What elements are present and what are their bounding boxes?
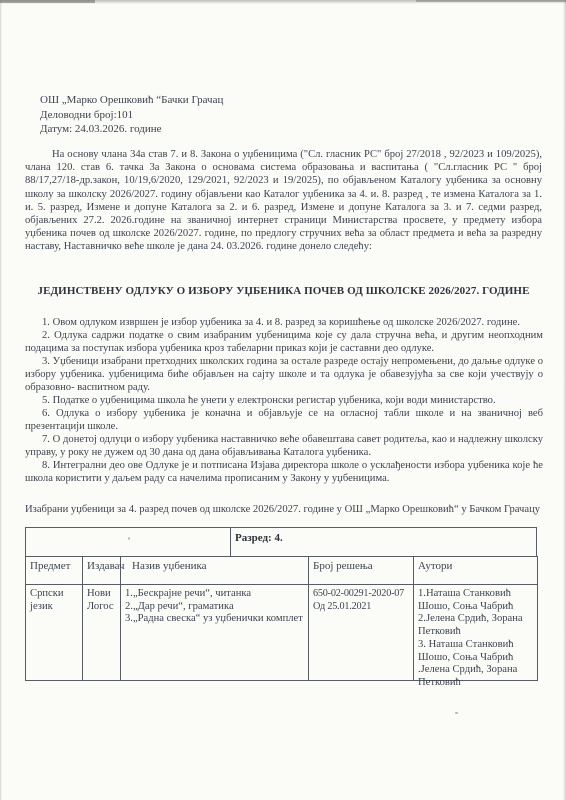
cell-textbook-titles: 1.„Бескрајне речи“, читанка 2.„Дар речи“… [121, 585, 309, 681]
scan-artifact-left-edge [0, 0, 2, 800]
column-header-title: Назив уџбеника [121, 557, 309, 585]
decision-number-text: 650-02-00291-2020-07 Од 25.01.2021 [313, 588, 410, 678]
textbooks-table-grid: Предмет Издавач Назив уџбеника Број реше… [25, 556, 538, 681]
document-date: Датум: 24.03.2026. године [40, 122, 223, 137]
decision-items-list: 1. Овом одлуком извршен је избор уџбеник… [25, 316, 543, 485]
legal-basis-paragraph: На основу члана 34а став 7. и 8. Закона … [25, 148, 542, 254]
grade-header-row: Разред: 4. [25, 527, 537, 556]
registry-number: Деловодни број:101 [40, 108, 223, 123]
decision-item-7: 7. О донетој одлуци о избору уџбеника на… [25, 433, 543, 459]
decision-item-3: 3. Уџбеници изабрани претходних школских… [25, 355, 543, 394]
table-row: Српски језик Нови Логос 1.„Бескрајне реч… [26, 585, 538, 681]
scan-artifact-speck [455, 712, 458, 714]
scanned-document-page: ОШ „Марко Орешковић “Бачки Грачац Делово… [0, 0, 566, 800]
textbook-titles-text: 1.„Бескрајне речи“, читанка 2.„Дар речи“… [125, 588, 305, 678]
document-header: ОШ „Марко Орешковић “Бачки Грачац Делово… [40, 93, 223, 137]
textbooks-table: Разред: 4. Предмет Издавач Назив уџбеник… [25, 527, 537, 681]
column-header-authors: Аутори [414, 557, 538, 585]
decision-item-1: 1. Овом одлуком извршен је избор уџбеник… [25, 316, 543, 329]
decision-item-8: 8. Интегрални део ове Одлуке је и потпис… [25, 459, 543, 485]
column-header-decision-number: Број решења [309, 557, 414, 585]
column-header-subject: Предмет [26, 557, 83, 585]
decision-item-6: 6. Одлука о избору уџбеника је коначна и… [25, 407, 543, 433]
grade-row-empty-cell [26, 528, 231, 556]
publisher-text: Нови Логос [87, 588, 117, 678]
cell-subject: Српски језик [26, 585, 83, 681]
subject-text: Српски језик [30, 588, 79, 678]
column-header-publisher: Издавач [83, 557, 121, 585]
decision-item-2: 2. Одлука садржи податке о свим изабрани… [25, 329, 543, 355]
cell-decision-number: 650-02-00291-2020-07 Од 25.01.2021 [309, 585, 414, 681]
decision-item-5: 5. Податке о уџбеницима школа ће унети у… [25, 394, 543, 407]
decision-title: ЈЕДИНСТВЕНУ ОДЛУКУ О ИЗБОРУ УЏБЕНИКА ПОЧ… [25, 285, 542, 297]
table-header-row: Предмет Издавач Назив уџбеника Број реше… [26, 557, 538, 585]
scan-artifact-top-right-corner [416, 0, 566, 2]
scan-artifact-top-left-corner [0, 0, 95, 3]
cell-publisher: Нови Логос [83, 585, 121, 681]
authors-text: 1.Наташа Станковић Шошо, Соња Чабрић 2.Ј… [418, 588, 534, 678]
cell-authors: 1.Наташа Станковић Шошо, Соња Чабрић 2.Ј… [414, 585, 538, 681]
table-caption: Изабрани уџбеници за 4. разред почев од … [25, 504, 547, 515]
grade-label: Разред: 4. [231, 528, 536, 556]
school-name: ОШ „Марко Орешковић “Бачки Грачац [40, 93, 223, 108]
